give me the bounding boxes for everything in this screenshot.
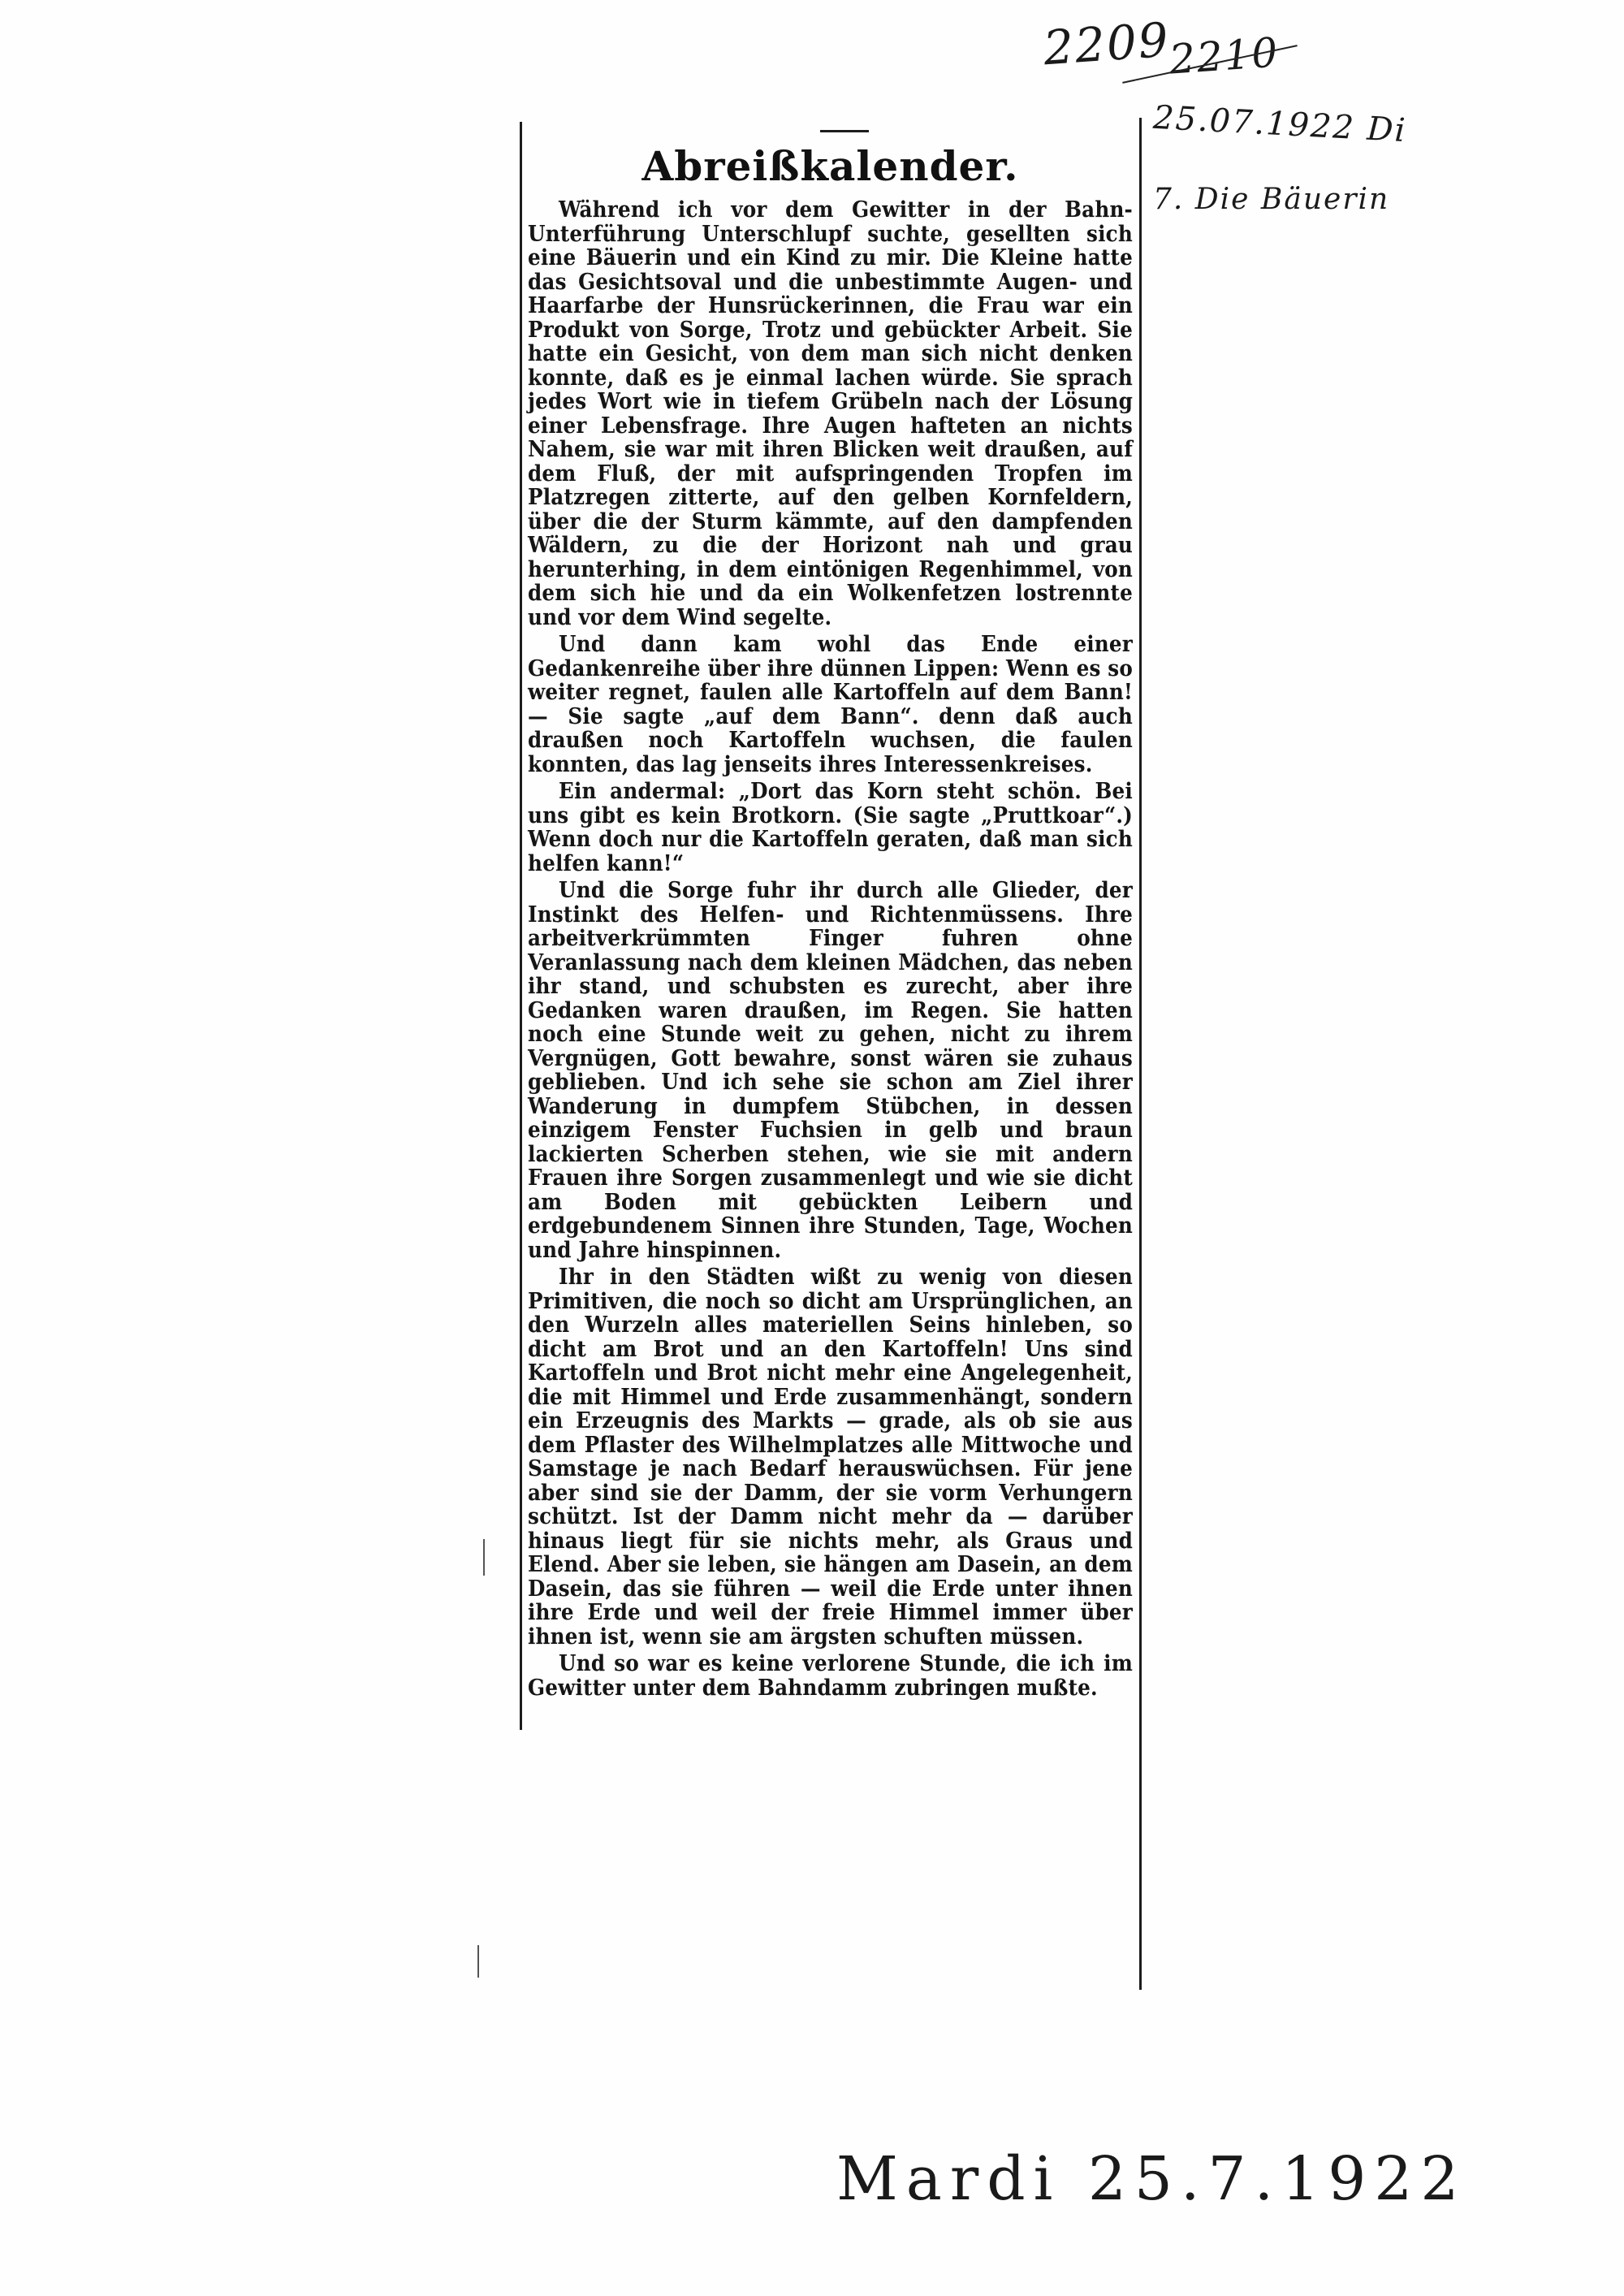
margin-mark (483, 1539, 485, 1576)
article-paragraph: Ein andermal: „Dort das Korn steht schön… (528, 780, 1133, 876)
scanned-page: 2209 2210 25.07.1922 Di 7. Die Bäuerin A… (0, 0, 1624, 2296)
newspaper-article: Abreißkalender. Während ich vor dem Gewi… (528, 146, 1133, 1703)
margin-mark (477, 1945, 479, 1978)
article-paragraph: Und dann kam wohl das Ende einer Gedanke… (528, 633, 1133, 776)
article-paragraph: Und so war es keine verlorene Stunde, di… (528, 1652, 1133, 1700)
handwritten-date-note: 25.07.1922 Di (1152, 99, 1408, 149)
article-paragraph: Während ich vor dem Gewitter in der Bahn… (528, 198, 1133, 629)
article-paragraph: Ihr in den Städten wißt zu wenig von die… (528, 1265, 1133, 1649)
article-headline: Abreißkalender. (528, 146, 1133, 187)
handwritten-title-note: 7. Die Bäuerin (1153, 183, 1389, 216)
archive-number: 2209 (1042, 12, 1172, 76)
article-paragraph: Und die Sorge fuhr ihr durch alle Gliede… (528, 879, 1133, 1262)
archive-number-corrected: 2210 (1168, 28, 1281, 83)
column-rule-right (1139, 118, 1142, 1990)
headline-divider (820, 130, 869, 132)
column-rule-left (520, 122, 522, 1730)
handwritten-footer-date: Mardi 25.7.1922 (836, 2144, 1466, 2214)
